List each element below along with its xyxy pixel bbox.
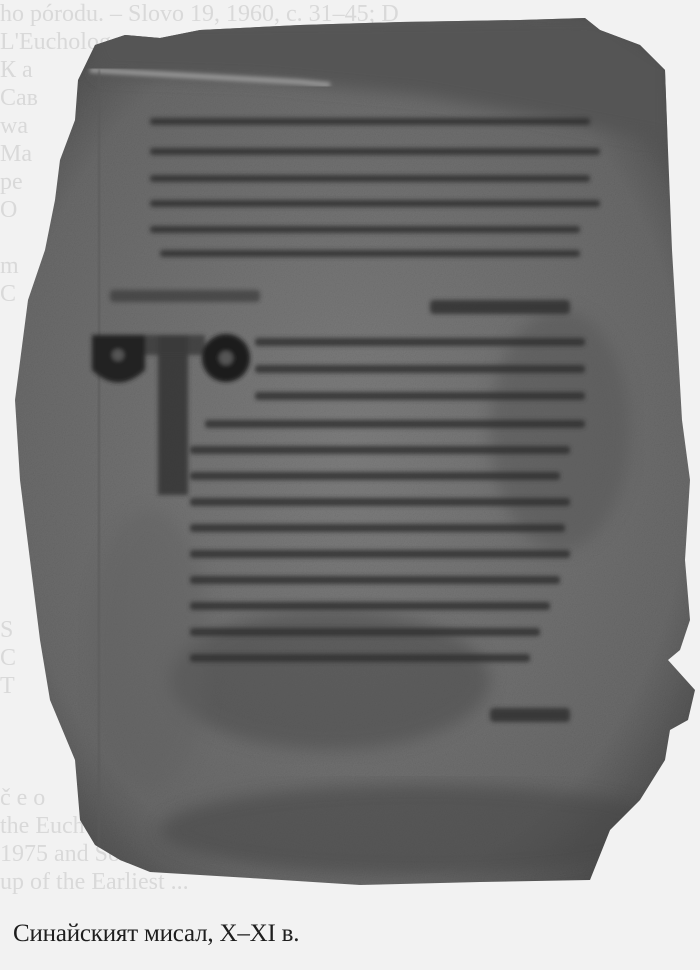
figure-caption: Синайският мисал, X–XI в. [13, 920, 299, 948]
manuscript-photo [0, 0, 700, 900]
